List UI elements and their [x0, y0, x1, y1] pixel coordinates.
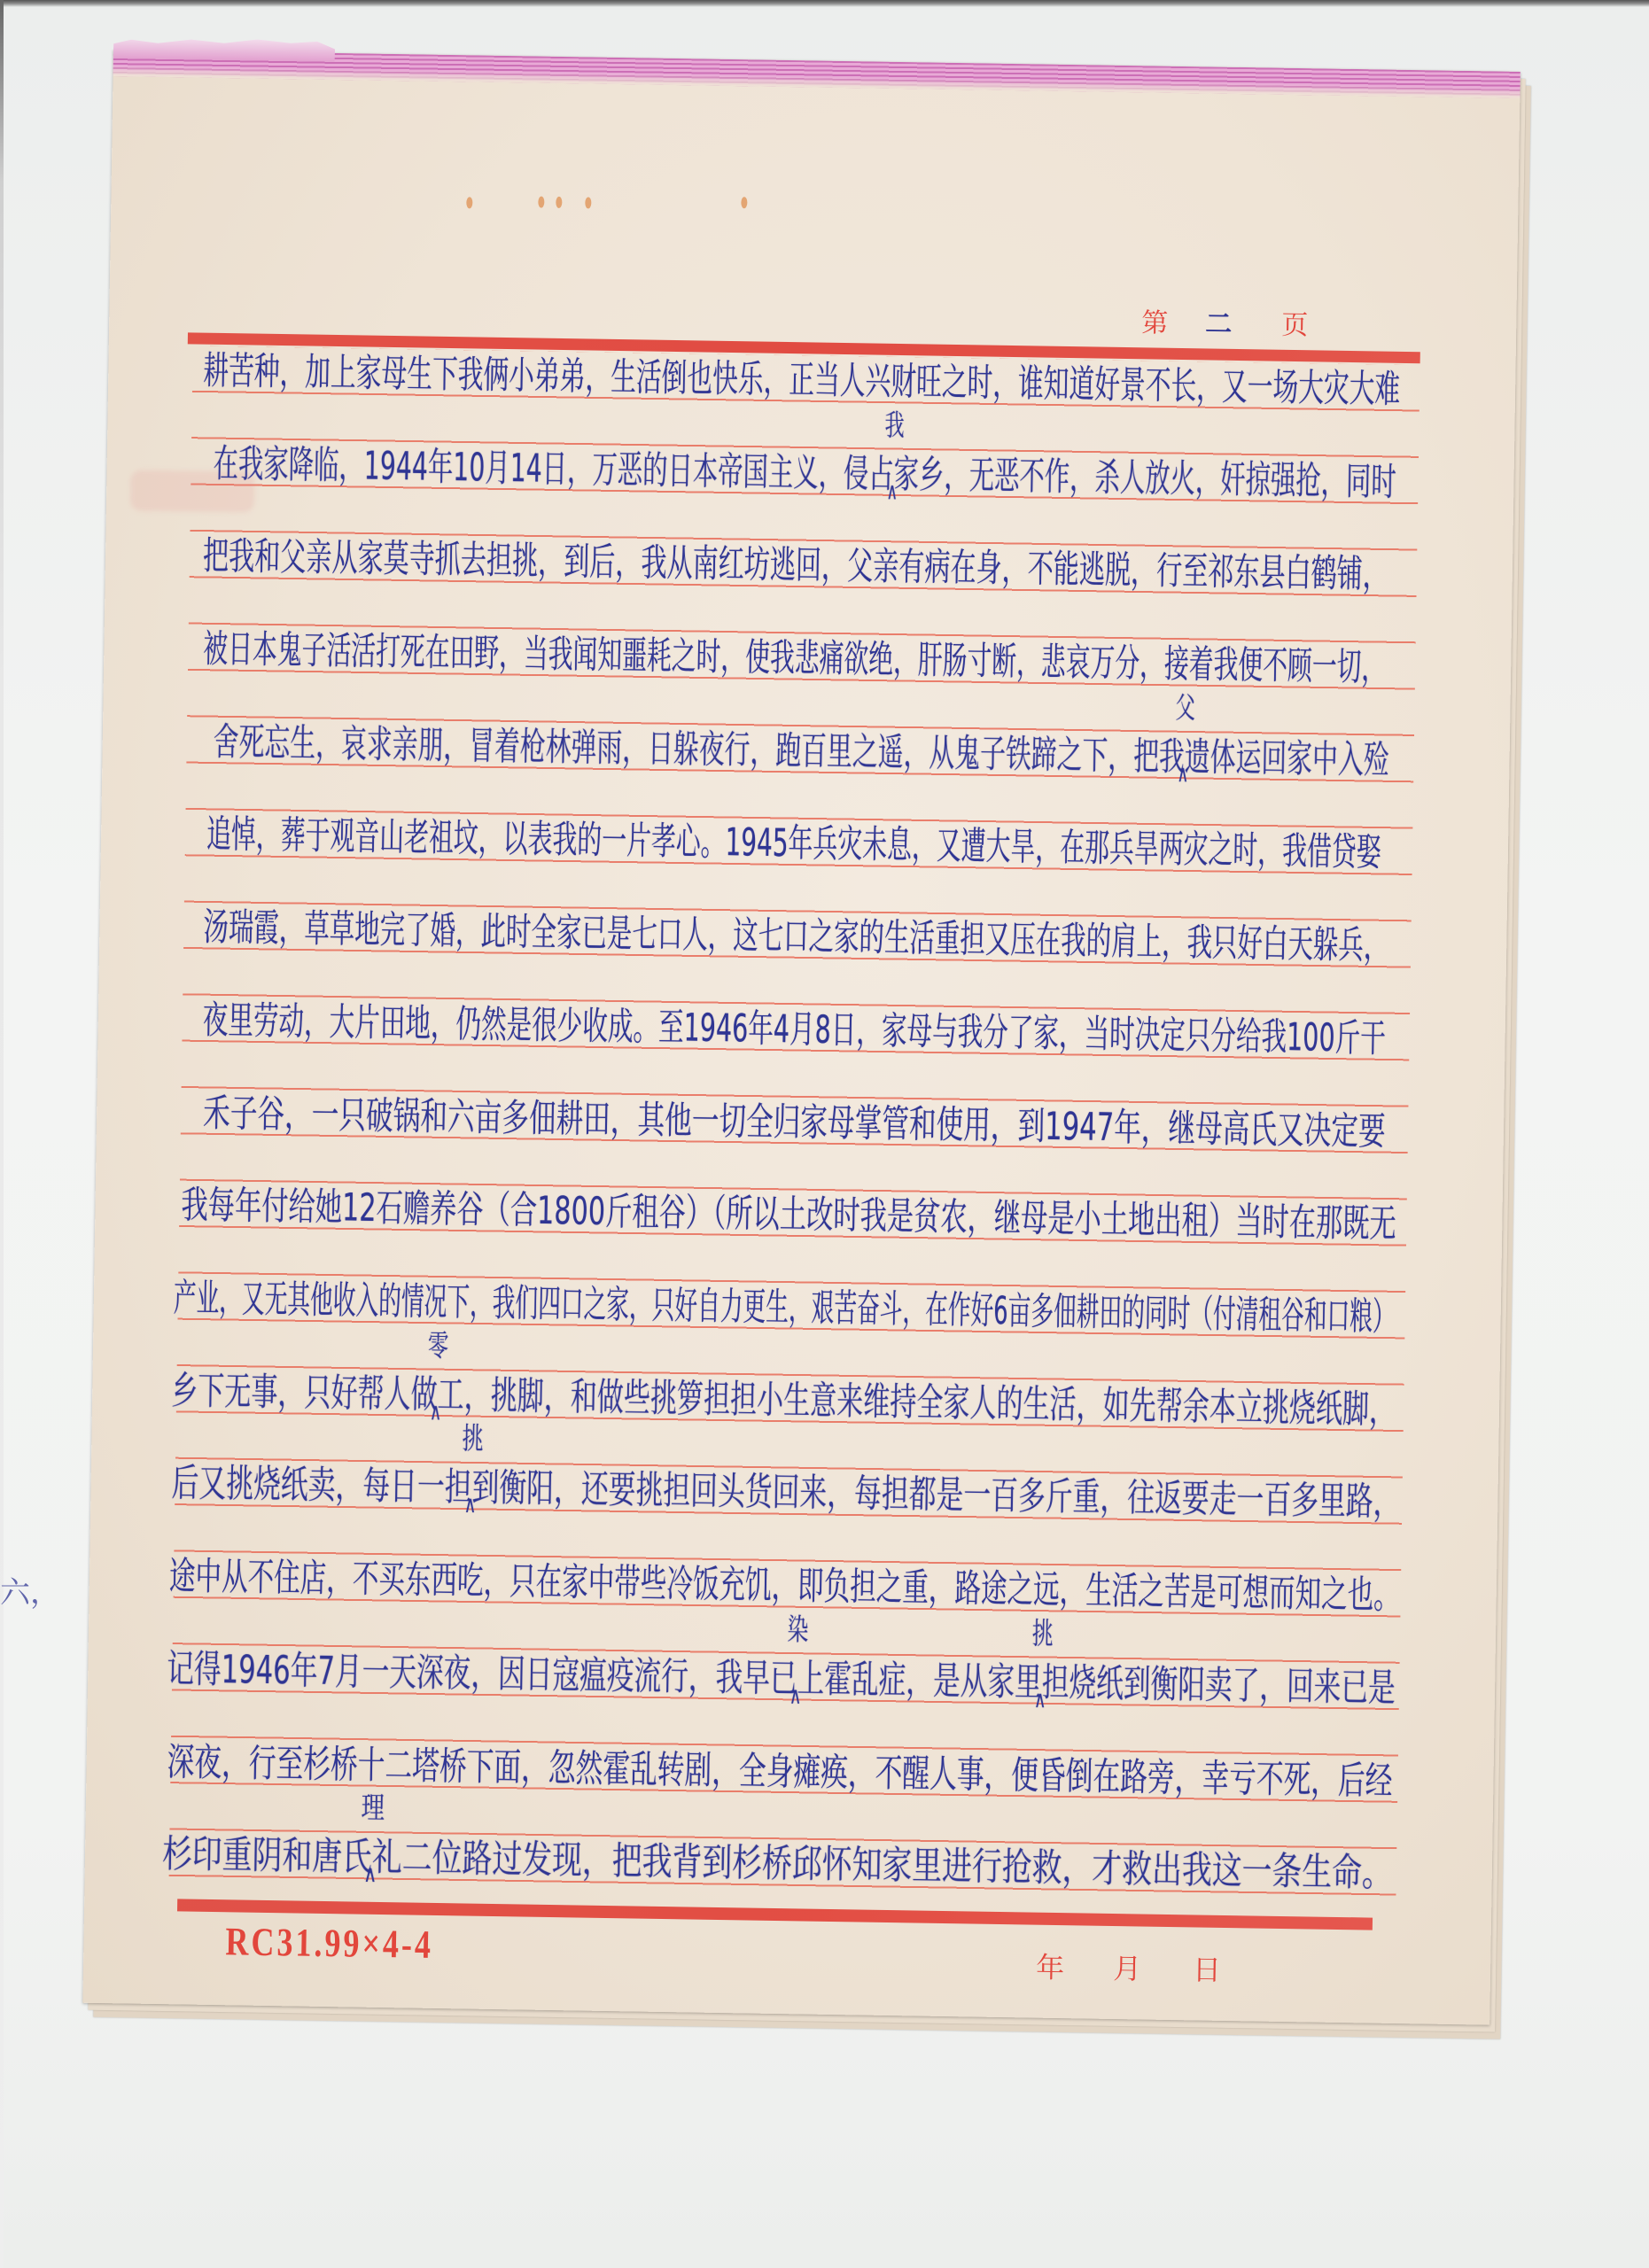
line-text: 在我家降临，1944年10月14日，万恶的日本帝国主义，侵占: [213, 443, 894, 497]
torn-binding-strip: [113, 37, 335, 62]
orange-dot-mark: [466, 197, 472, 208]
insertion-caret-mark: ∧: [789, 1685, 802, 1709]
line-text: 到衡阳，还要挑担回头货回来，每担都是一百多斤重，往返要走一百多里路，: [471, 1466, 1401, 1525]
date-day-label: 日: [1193, 1953, 1222, 1985]
page-label-suffix: 页: [1281, 311, 1309, 341]
inserted-character: 我: [884, 411, 905, 441]
scanner-left-shadow: [0, 0, 4, 2268]
line-text: 杉印重阴和唐氏: [162, 1833, 373, 1880]
inserted-character: 挑: [462, 1424, 484, 1454]
date-year-label: 年: [1036, 1952, 1065, 1984]
insertion-caret-mark: ∧: [430, 1402, 442, 1425]
page-number-handwritten: 二: [1205, 309, 1233, 339]
date-month-label: 月: [1113, 1953, 1142, 1984]
line-text: 家乡，无恶不作，杀人放火，奸掠强抢，同时: [893, 454, 1396, 505]
page-label-prefix: 第: [1141, 308, 1169, 338]
inserted-character: 理: [361, 1793, 385, 1823]
form-code: RC31.99×4-4: [225, 1919, 433, 1967]
orange-dot-mark: [741, 197, 747, 208]
insertion-caret-mark: ∧: [1177, 764, 1188, 788]
inserted-character: 挑: [1031, 1619, 1053, 1649]
left-edge-ink-fragment: 六，: [0, 1568, 60, 1612]
orange-dot-mark: [556, 197, 562, 208]
line-text: 工，挑脚，和做些挑箩担担小生意来维持全家人的生活，如先帮余本立挑烧纸脚，: [437, 1374, 1396, 1433]
line-text: 乡下无事，只好帮人做: [171, 1370, 438, 1417]
insertion-caret-mark: ∧: [1034, 1689, 1046, 1713]
inserted-character: 零: [428, 1332, 449, 1362]
scanner-top-shadow: [0, 0, 1649, 7]
letter-paper-page: 第 二 页 耕苦种，加上家母生下我俩小弟弟，生活倒也快乐，正当人兴财旺之时，谁知…: [82, 50, 1520, 2025]
line-text: 后又挑烧纸卖，每日一担: [171, 1462, 472, 1511]
line-text: 礼二位路过发现，把我背到杉桥邱怀知家里进行抢救，才救出我这一条生命。: [372, 1837, 1393, 1896]
insertion-caret-mark: ∧: [464, 1494, 477, 1518]
inserted-character: 父: [1175, 694, 1195, 724]
insertion-caret-mark: ∧: [886, 481, 898, 505]
line-text: 舍死忘生，哀求亲朋，冒着枪林弹雨，日躲夜行，跑百里之遥，从鬼子铁蹄之下，把我: [213, 721, 1185, 780]
line-text: 担烧纸到衡阳卖了，回来已是: [1041, 1661, 1396, 1710]
line-text: 记得1946年7月一天深夜，因日寇瘟疫流行，我早已: [167, 1648, 797, 1701]
line-text: 上霍乱症，是从家里: [797, 1658, 1042, 1705]
orange-dot-mark: [538, 197, 544, 208]
line-text: 遗体运回家中入殓: [1184, 736, 1389, 783]
inserted-character: 染: [787, 1615, 808, 1645]
scan-background: 第 二 页 耕苦种，加上家母生下我俩小弟弟，生活倒也快乐，正当人兴财旺之时，谁知…: [0, 0, 1649, 2268]
insertion-caret-mark: ∧: [363, 1864, 377, 1888]
orange-dot-mark: [585, 197, 591, 208]
